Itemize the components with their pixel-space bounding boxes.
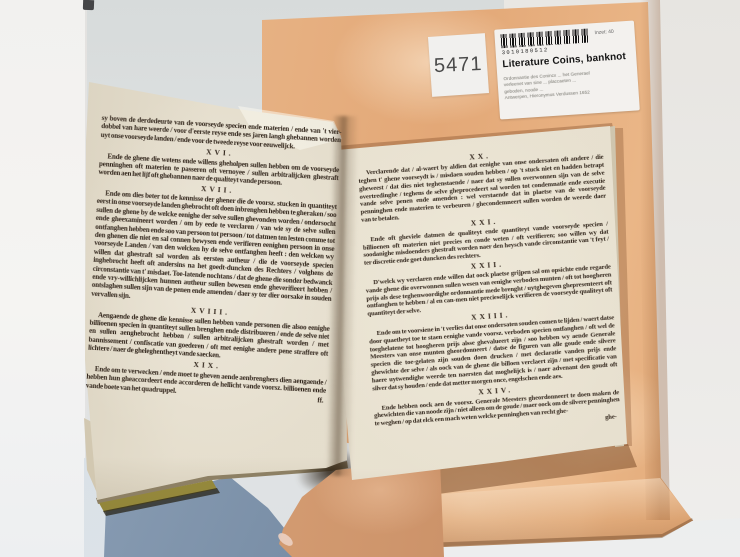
label-description: Ordonnantie des Conincx ... het Generael…: [503, 68, 632, 102]
auction-label: Inzet: 40 3010180512 Literature Coins, b…: [494, 20, 640, 119]
background-left: [0, 0, 87, 557]
label-inzet: Inzet: 40: [594, 29, 614, 36]
page-paragraph: Ende om dies beter tot de kennisse der g…: [91, 189, 337, 312]
photo-stage: sy boven de derdedeurte van de voorseyde…: [0, 0, 740, 557]
lot-number: 5471: [434, 52, 483, 77]
left-page-text: sy boven de derdedeurte van de voorseyde…: [86, 114, 342, 405]
lot-number-sticker: 5471: [428, 33, 489, 97]
right-page-text: XX. Verclarende dat / al-waert by aldien…: [357, 142, 621, 437]
clip-object: [83, 0, 94, 10]
